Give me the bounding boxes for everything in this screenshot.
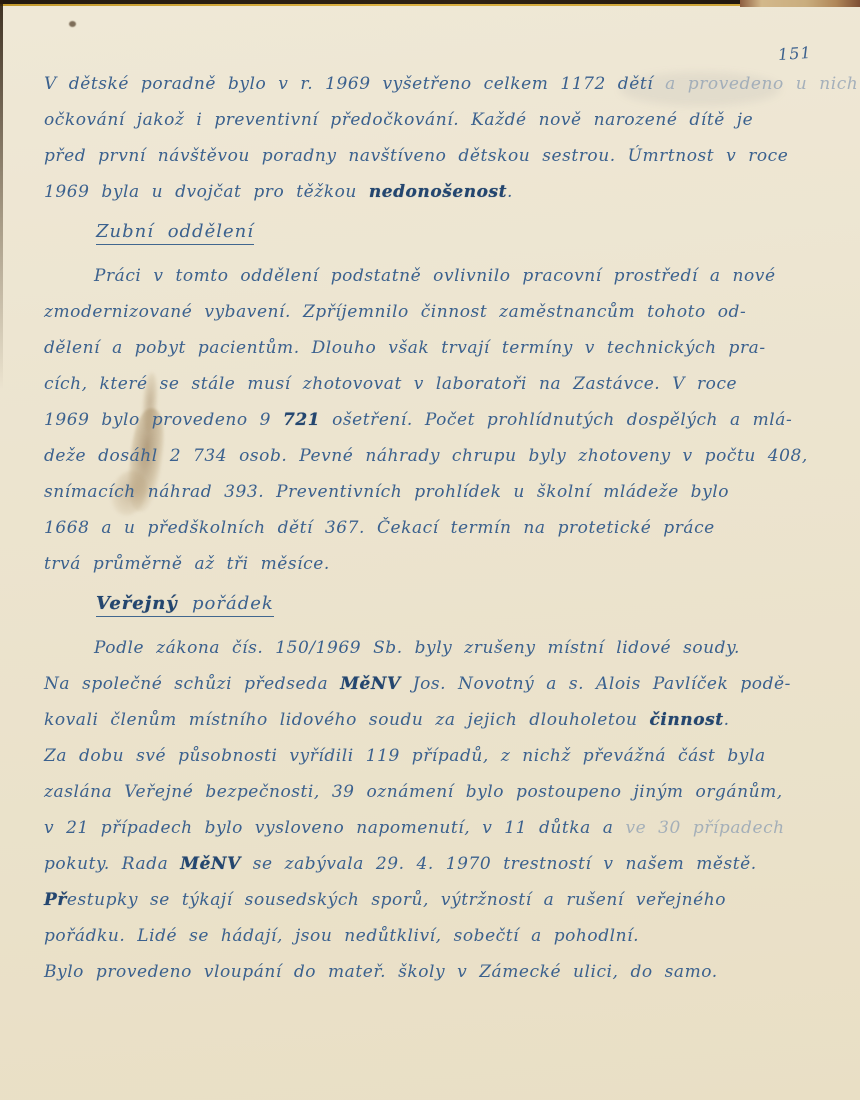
handwritten-text: ošetření. Počet prohlídnutých dospělých … [320, 410, 792, 430]
text-line: očkování jakož i preventivní předočkován… [44, 102, 830, 138]
overwritten-text: Př [44, 890, 67, 910]
handwritten-text: Za dobu své působnosti vyřídili 119 příp… [44, 746, 766, 766]
handwritten-text: kovali členům místního lidového soudu za… [44, 710, 649, 730]
overwritten-text: MěNV [340, 674, 401, 694]
handwritten-text: se zabývala 29. 4. 1970 trestností v naš… [241, 854, 757, 874]
handwritten-text: zmodernizované vybavení. Zpříjemnilo čin… [44, 302, 746, 322]
handwritten-text: Práci v tomto oddělení podstatně ovlivni… [94, 266, 776, 286]
text-line: 1668 a u předškolních dětí 367. Čekací t… [44, 510, 830, 546]
faded-text: a provedeno u nich [665, 74, 858, 94]
text-line: v 21 případech bylo vysloveno napomenutí… [44, 810, 830, 846]
text-line: zaslána Veřejné bezpečnosti, 39 oznámení… [44, 774, 830, 810]
handwritten-text: Zubní oddělení [96, 221, 254, 242]
text-line: deže dosáhl 2 734 osob. Pevné náhrady ch… [44, 438, 830, 474]
handwritten-text: pokuty. Rada [44, 854, 180, 874]
adjacent-page-corner [740, 0, 860, 7]
handwritten-text: zaslána Veřejné bezpečnosti, 39 oznámení… [44, 782, 783, 802]
handwritten-text: Bylo provedeno vloupání do mateř. školy … [44, 962, 718, 982]
handwritten-text: deže dosáhl 2 734 osob. Pevné náhrady ch… [44, 446, 808, 466]
text-line: pokuty. Rada MěNV se zabývala 29. 4. 197… [44, 846, 830, 882]
section-heading: Veřejný pořádek [96, 590, 830, 620]
text-line: Práci v tomto oddělení podstatně ovlivni… [44, 258, 830, 294]
text-line: pořádku. Lidé se hádají, jsou nedůtkliví… [44, 918, 830, 954]
handwritten-text: Podle zákona čís. 150/1969 Sb. byly zruš… [94, 638, 740, 658]
handwritten-text: dělení a pobyt pacientům. Dlouho však tr… [44, 338, 766, 358]
handwritten-text: V dětské poradně bylo v r. 1969 vyšetřen… [44, 74, 665, 94]
text-line: Podle zákona čís. 150/1969 Sb. byly zruš… [44, 630, 830, 666]
handwritten-text: 1668 a u předškolních dětí 367. Čekací t… [44, 518, 715, 538]
handwritten-text: . [724, 710, 730, 730]
text-line: Za dobu své působnosti vyřídili 119 příp… [44, 738, 830, 774]
overwritten-text: MěNV [180, 854, 241, 874]
handwritten-text: estupky se týkají sousedských sporů, výt… [67, 890, 726, 910]
overwritten-text: nedonošenost [369, 182, 507, 202]
handwritten-text: . [507, 182, 513, 202]
text-line: snímacích náhrad 393. Preventivních proh… [44, 474, 830, 510]
handwritten-text: Na společné schůzi předseda [44, 674, 340, 694]
text-line: Na společné schůzi předseda MěNV Jos. No… [44, 666, 830, 702]
overwritten-text: 721 [283, 410, 320, 430]
faded-text: ve 30 případech [625, 818, 784, 838]
text-line: zmodernizované vybavení. Zpříjemnilo čin… [44, 294, 830, 330]
handwritten-text: snímacích náhrad 393. Preventivních proh… [44, 482, 729, 502]
page-gilt-edge-line [0, 4, 860, 6]
text-line: cích, které se stále musí zhotovovat v l… [44, 366, 830, 402]
manuscript-body: V dětské poradně bylo v r. 1969 vyšetřen… [44, 0, 830, 1100]
text-line: trvá průměrně až tři měsíce. [44, 546, 830, 582]
handwritten-text: v 21 případech bylo vysloveno napomenutí… [44, 818, 625, 838]
paragraph: Přestupky se týkají sousedských sporů, v… [44, 882, 830, 990]
handwritten-text: 1969 byla u dvojčat pro těžkou [44, 182, 369, 202]
overwritten-text: Veřejný [96, 593, 192, 614]
handwritten-text: očkování jakož i preventivní předočkován… [44, 110, 753, 130]
handwritten-text: 1969 bylo provedeno 9 [44, 410, 283, 430]
paragraph: V dětské poradně bylo v r. 1969 vyšetřen… [44, 66, 830, 210]
section-heading: Zubní oddělení [96, 218, 830, 248]
overwritten-text: činnost [649, 710, 723, 730]
text-line: před první návštěvou poradny navštíveno … [44, 138, 830, 174]
handwritten-text: pořádek [192, 593, 274, 614]
chronicle-photo: { "page": { "number": "151", "ink_color"… [0, 0, 860, 1100]
handwritten-text: pořádku. Lidé se hádají, jsou nedůtkliví… [44, 926, 639, 946]
paragraph: Práci v tomto oddělení podstatně ovlivni… [44, 258, 830, 582]
page-left-edge-shadow [0, 0, 3, 390]
section-heading-text: Veřejný pořádek [96, 593, 274, 617]
text-line: V dětské poradně bylo v r. 1969 vyšetřen… [44, 66, 830, 102]
handwritten-text: trvá průměrně až tři měsíce. [44, 554, 330, 574]
handwritten-text: Jos. Novotný a s. Alois Pavlíček podě- [401, 674, 791, 694]
text-line: Přestupky se týkají sousedských sporů, v… [44, 882, 830, 918]
text-line: kovali členům místního lidového soudu za… [44, 702, 830, 738]
paragraph: Podle zákona čís. 150/1969 Sb. byly zruš… [44, 630, 830, 882]
section-heading-text: Zubní oddělení [96, 221, 254, 245]
text-line: Bylo provedeno vloupání do mateř. školy … [44, 954, 830, 990]
text-line: 1969 byla u dvojčat pro těžkou nedonošen… [44, 174, 830, 210]
text-line: 1969 bylo provedeno 9 721 ošetření. Poče… [44, 402, 830, 438]
handwritten-text: cích, které se stále musí zhotovovat v l… [44, 374, 737, 394]
text-line: dělení a pobyt pacientům. Dlouho však tr… [44, 330, 830, 366]
handwritten-text: před první návštěvou poradny navštíveno … [44, 146, 788, 166]
